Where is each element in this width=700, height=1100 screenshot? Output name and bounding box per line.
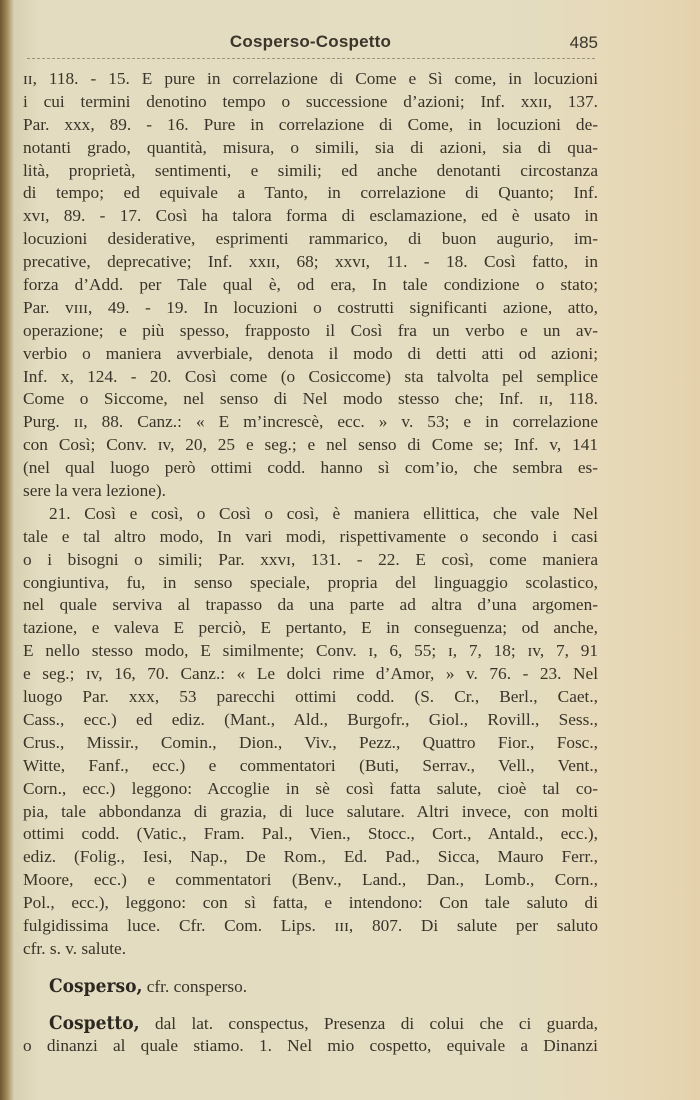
text-line: o i bisogni o simili; Par. xxvɪ, 131. - … bbox=[23, 549, 598, 572]
text-line: lità, proprietà, sentimenti, e simili; e… bbox=[23, 160, 598, 183]
text-line: ottimi codd. (Vatic., Fram. Pal., Vien.,… bbox=[23, 823, 598, 846]
text-line: notanti grado, quantità, misura, o simil… bbox=[23, 137, 598, 160]
text-line: Corn., ecc.) leggono: Accoglie in sè cos… bbox=[23, 778, 598, 801]
entry-line: Cosperso, cfr. consperso. bbox=[23, 975, 598, 998]
text-line: pia, tale abbondanza di grazia, di luce … bbox=[23, 801, 598, 824]
text-line: di tempo; ed equivale a Tanto, in correl… bbox=[23, 182, 598, 205]
text-line: ɪɪ, 118. - 15. E pure in correlazione di… bbox=[23, 68, 598, 91]
entry-cosperso: Cosperso, cfr. consperso. bbox=[23, 975, 598, 998]
text-line: o dinanzi al quale stiamo. 1. Nel mio co… bbox=[23, 1035, 598, 1058]
text-line: Come o Siccome, nel senso di Nel modo st… bbox=[23, 388, 598, 411]
running-title: Cosperso-Cospetto bbox=[23, 32, 598, 52]
text-line: sere la vera lezione). bbox=[23, 480, 598, 503]
entry-line: Cospetto, dal lat. conspectus, Presenza … bbox=[23, 1012, 598, 1035]
entry-cospetto: Cospetto, dal lat. conspectus, Presenza … bbox=[23, 1012, 598, 1058]
text-line: Par. xxx, 89. - 16. Pure in correlazione… bbox=[23, 114, 598, 137]
section-21-paragraph: 21. Così e così, o Così o così, è manier… bbox=[23, 503, 598, 961]
text-line: Moore, ecc.) e commentatori (Benv., Land… bbox=[23, 869, 598, 892]
text-line: E nello stesso modo, E similmente; Conv.… bbox=[23, 640, 598, 663]
headword: Cospetto, bbox=[49, 1012, 140, 1034]
entry-text: cfr. consperso. bbox=[142, 977, 247, 996]
text-line: con Così; Conv. ɪv, 20, 25 e seg.; e nel… bbox=[23, 434, 598, 457]
page-number: 485 bbox=[570, 33, 598, 53]
text-line: congiuntiva, fu, in senso speciale, prop… bbox=[23, 572, 598, 595]
text-line: e seg.; ɪv, 16, 70. Canz.: « Le dolci ri… bbox=[23, 663, 598, 686]
text-line: nel quale serviva al trapasso da una par… bbox=[23, 594, 598, 617]
text-line: Cass., ecc.) ed ediz. (Mant., Ald., Burg… bbox=[23, 709, 598, 732]
text-line: fulgidissima luce. Cfr. Com. Lips. ɪɪɪ, … bbox=[23, 915, 598, 938]
text-line: Par. vɪɪɪ, 49. - 19. In locuzioni o cost… bbox=[23, 297, 598, 320]
text-line: Pol., ecc.), leggono: con sì fatta, e in… bbox=[23, 892, 598, 915]
text-line: Inf. x, 124. - 20. Così come (o Cosiccom… bbox=[23, 366, 598, 389]
entry-text: dal lat. conspectus, Presenza di colui c… bbox=[140, 1014, 598, 1033]
text-line: Witte, Fanf., ecc.) e commentatori (Buti… bbox=[23, 755, 598, 778]
running-header: Cosperso-Cospetto 485 bbox=[23, 32, 598, 56]
continuation-paragraph: ɪɪ, 118. - 15. E pure in correlazione di… bbox=[23, 68, 598, 503]
text-line: ediz. (Folig., Iesi, Nap., De Rom., Ed. … bbox=[23, 846, 598, 869]
text-line: xvɪ, 89. - 17. Così ha talora forma di e… bbox=[23, 205, 598, 228]
text-line: i cui termini denotino tempo o successio… bbox=[23, 91, 598, 114]
text-line: Purg. ɪɪ, 88. Canz.: « E m’increscè, ecc… bbox=[23, 411, 598, 434]
text-line: luogo Par. xxx, 53 parecchi ottimi codd.… bbox=[23, 686, 598, 709]
text-line: tazione, e valeva E perciò, E pertanto, … bbox=[23, 617, 598, 640]
text-line: Crus., Missir., Comin., Dion., Viv., Pez… bbox=[23, 732, 598, 755]
text-line: locuzioni desiderative, esprimenti ramma… bbox=[23, 228, 598, 251]
page-body: ɪɪ, 118. - 15. E pure in correlazione di… bbox=[23, 68, 598, 1057]
text-line: (nel qual luogo però ottimi codd. hanno … bbox=[23, 457, 598, 480]
text-line: tale e tal altro modo, In vari modi, ris… bbox=[23, 526, 598, 549]
text-line: 21. Così e così, o Così o così, è manier… bbox=[23, 503, 598, 526]
headword: Cosperso, bbox=[49, 975, 142, 997]
text-line: operazione; e più spesso, frapposto il C… bbox=[23, 320, 598, 343]
header-rule bbox=[27, 58, 595, 59]
text-line: precative, deprecative; Inf. xxɪɪ, 68; x… bbox=[23, 251, 598, 274]
text-line: cfr. s. v. salute. bbox=[23, 938, 598, 961]
text-line: forza d’Add. per Tale qual è, od era, In… bbox=[23, 274, 598, 297]
text-line: verbio o maniera avverbiale, denota il m… bbox=[23, 343, 598, 366]
